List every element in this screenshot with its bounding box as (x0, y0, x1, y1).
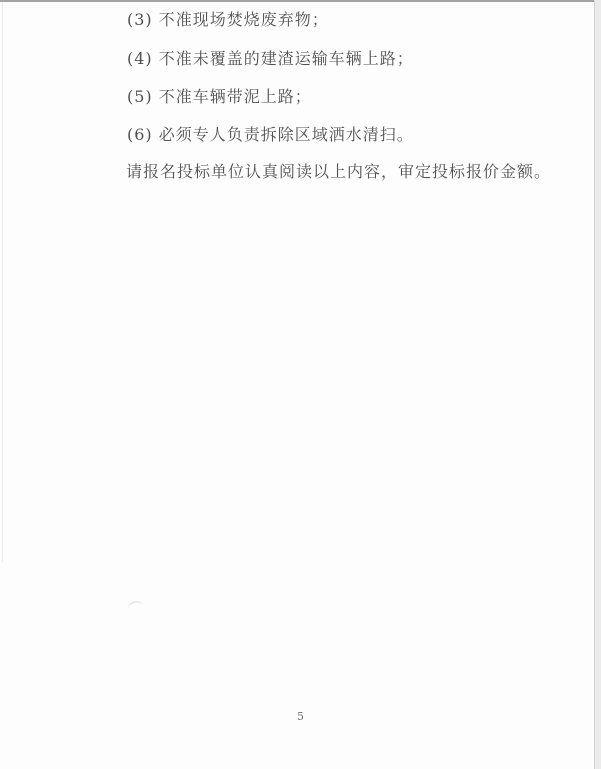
closing-paragraph: 请报名投标单位认真阅读以上内容，审定投标报价金额。 (126, 162, 551, 182)
list-item-3: (3) 不准现场焚烧废弃物； (127, 10, 329, 30)
list-item-6: (6) 必须专人负责拆除区域洒水清扫。 (127, 125, 414, 145)
page-number: 5 (0, 710, 601, 723)
scan-edge-right-strip (594, 0, 601, 769)
list-item-4: (4) 不准未覆盖的建渣运输车辆上路； (127, 49, 414, 69)
scanned-document-page: (3) 不准现场焚烧废弃物； (4) 不准未覆盖的建渣运输车辆上路； (5) 不… (0, 0, 601, 769)
scan-smudge-mark (127, 599, 145, 615)
scan-edge-left-line (2, 2, 3, 562)
scan-edge-top-line (0, 0, 601, 2)
list-item-5: (5) 不准车辆带泥上路； (127, 87, 312, 107)
